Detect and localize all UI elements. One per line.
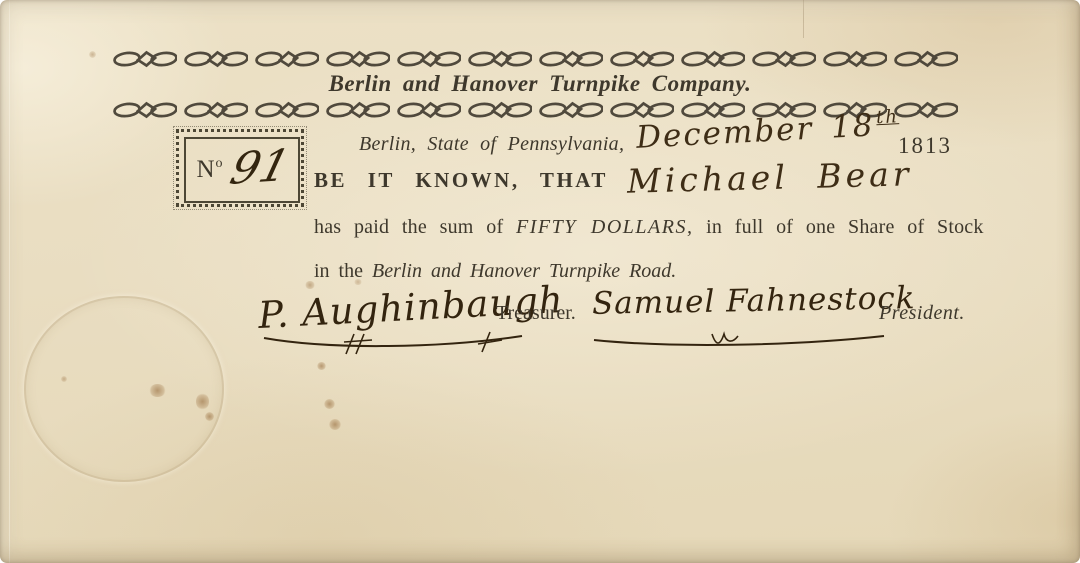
foxing-stain bbox=[329, 419, 341, 430]
chain-link-ornament-unit bbox=[823, 48, 887, 70]
president-signature-flourish bbox=[592, 326, 892, 354]
chain-ornament-row-top bbox=[113, 48, 958, 70]
company-title: Berlin and Hanover Turnpike Company. bbox=[0, 71, 1080, 97]
chain-link-ornament-unit bbox=[752, 48, 816, 70]
chain-link-ornament-unit bbox=[184, 99, 248, 121]
chain-link-ornament-unit bbox=[326, 48, 390, 70]
foxing-stain bbox=[205, 412, 214, 421]
foxing-stain bbox=[324, 399, 335, 409]
treasurer-title: Treasurer. bbox=[496, 302, 576, 325]
chain-link-ornament-unit bbox=[539, 99, 603, 121]
certificate-number-box: No 91 bbox=[176, 129, 304, 207]
chain-link-ornament-unit bbox=[681, 48, 745, 70]
number-prefix: N bbox=[196, 156, 215, 183]
chain-link-ornament-unit bbox=[468, 48, 532, 70]
number-label: No bbox=[196, 156, 223, 184]
number-ordinal: o bbox=[216, 156, 224, 171]
foxing-stain bbox=[149, 384, 166, 397]
certificate-number-frame: No 91 bbox=[184, 137, 300, 203]
chain-link-ornament-unit bbox=[894, 48, 958, 70]
shareholder-name-handwritten: Michael Bear bbox=[627, 154, 913, 200]
chain-link-ornament-unit bbox=[255, 48, 319, 70]
president-title: President. bbox=[879, 302, 965, 325]
stock-certificate-document: Berlin and Hanover Turnpike Company. No … bbox=[0, 0, 1080, 563]
place-line: Berlin, State of Pennsylvania, bbox=[359, 133, 624, 156]
chain-link-ornament-unit bbox=[326, 99, 390, 121]
payment-amount: FIFTY DOLLARS, bbox=[516, 216, 693, 238]
chain-link-ornament-unit bbox=[255, 99, 319, 121]
chain-link-ornament-unit bbox=[610, 48, 674, 70]
foxing-stain bbox=[196, 393, 209, 410]
paper-edge-crease bbox=[9, 0, 10, 563]
chain-link-ornament-unit bbox=[113, 48, 177, 70]
road-name: Berlin and Hanover Turnpike Road. bbox=[372, 260, 676, 282]
payment-line: has paid the sum of FIFTY DOLLARS, in fu… bbox=[314, 216, 974, 239]
foxing-stain bbox=[305, 281, 315, 289]
foxing-stain bbox=[89, 51, 96, 58]
payment-line-pre: has paid the sum of bbox=[314, 216, 503, 238]
foxing-stain bbox=[317, 362, 326, 370]
chain-link-ornament-unit bbox=[468, 99, 532, 121]
chain-link-ornament-unit bbox=[397, 48, 461, 70]
date-ordinal-suffix: th bbox=[876, 106, 900, 128]
road-line: in the Berlin and Hanover Turnpike Road. bbox=[314, 260, 676, 283]
certificate-number-value: 91 bbox=[225, 144, 293, 192]
chain-link-ornament-unit bbox=[894, 99, 958, 121]
payment-line-post: in full of one Share of Stock bbox=[706, 216, 983, 238]
be-it-known-line: BE IT KNOWN, THAT bbox=[314, 168, 608, 193]
chain-link-ornament-unit bbox=[539, 48, 603, 70]
chain-link-ornament-unit bbox=[184, 48, 248, 70]
paper-crease bbox=[803, 0, 804, 38]
embossed-seal-impression bbox=[24, 296, 224, 482]
president-signature: Samuel Fahnestock bbox=[592, 280, 916, 322]
chain-link-ornament-unit bbox=[113, 99, 177, 121]
foxing-stain bbox=[354, 279, 362, 285]
foxing-stain bbox=[61, 376, 67, 382]
chain-link-ornament-unit bbox=[397, 99, 461, 121]
